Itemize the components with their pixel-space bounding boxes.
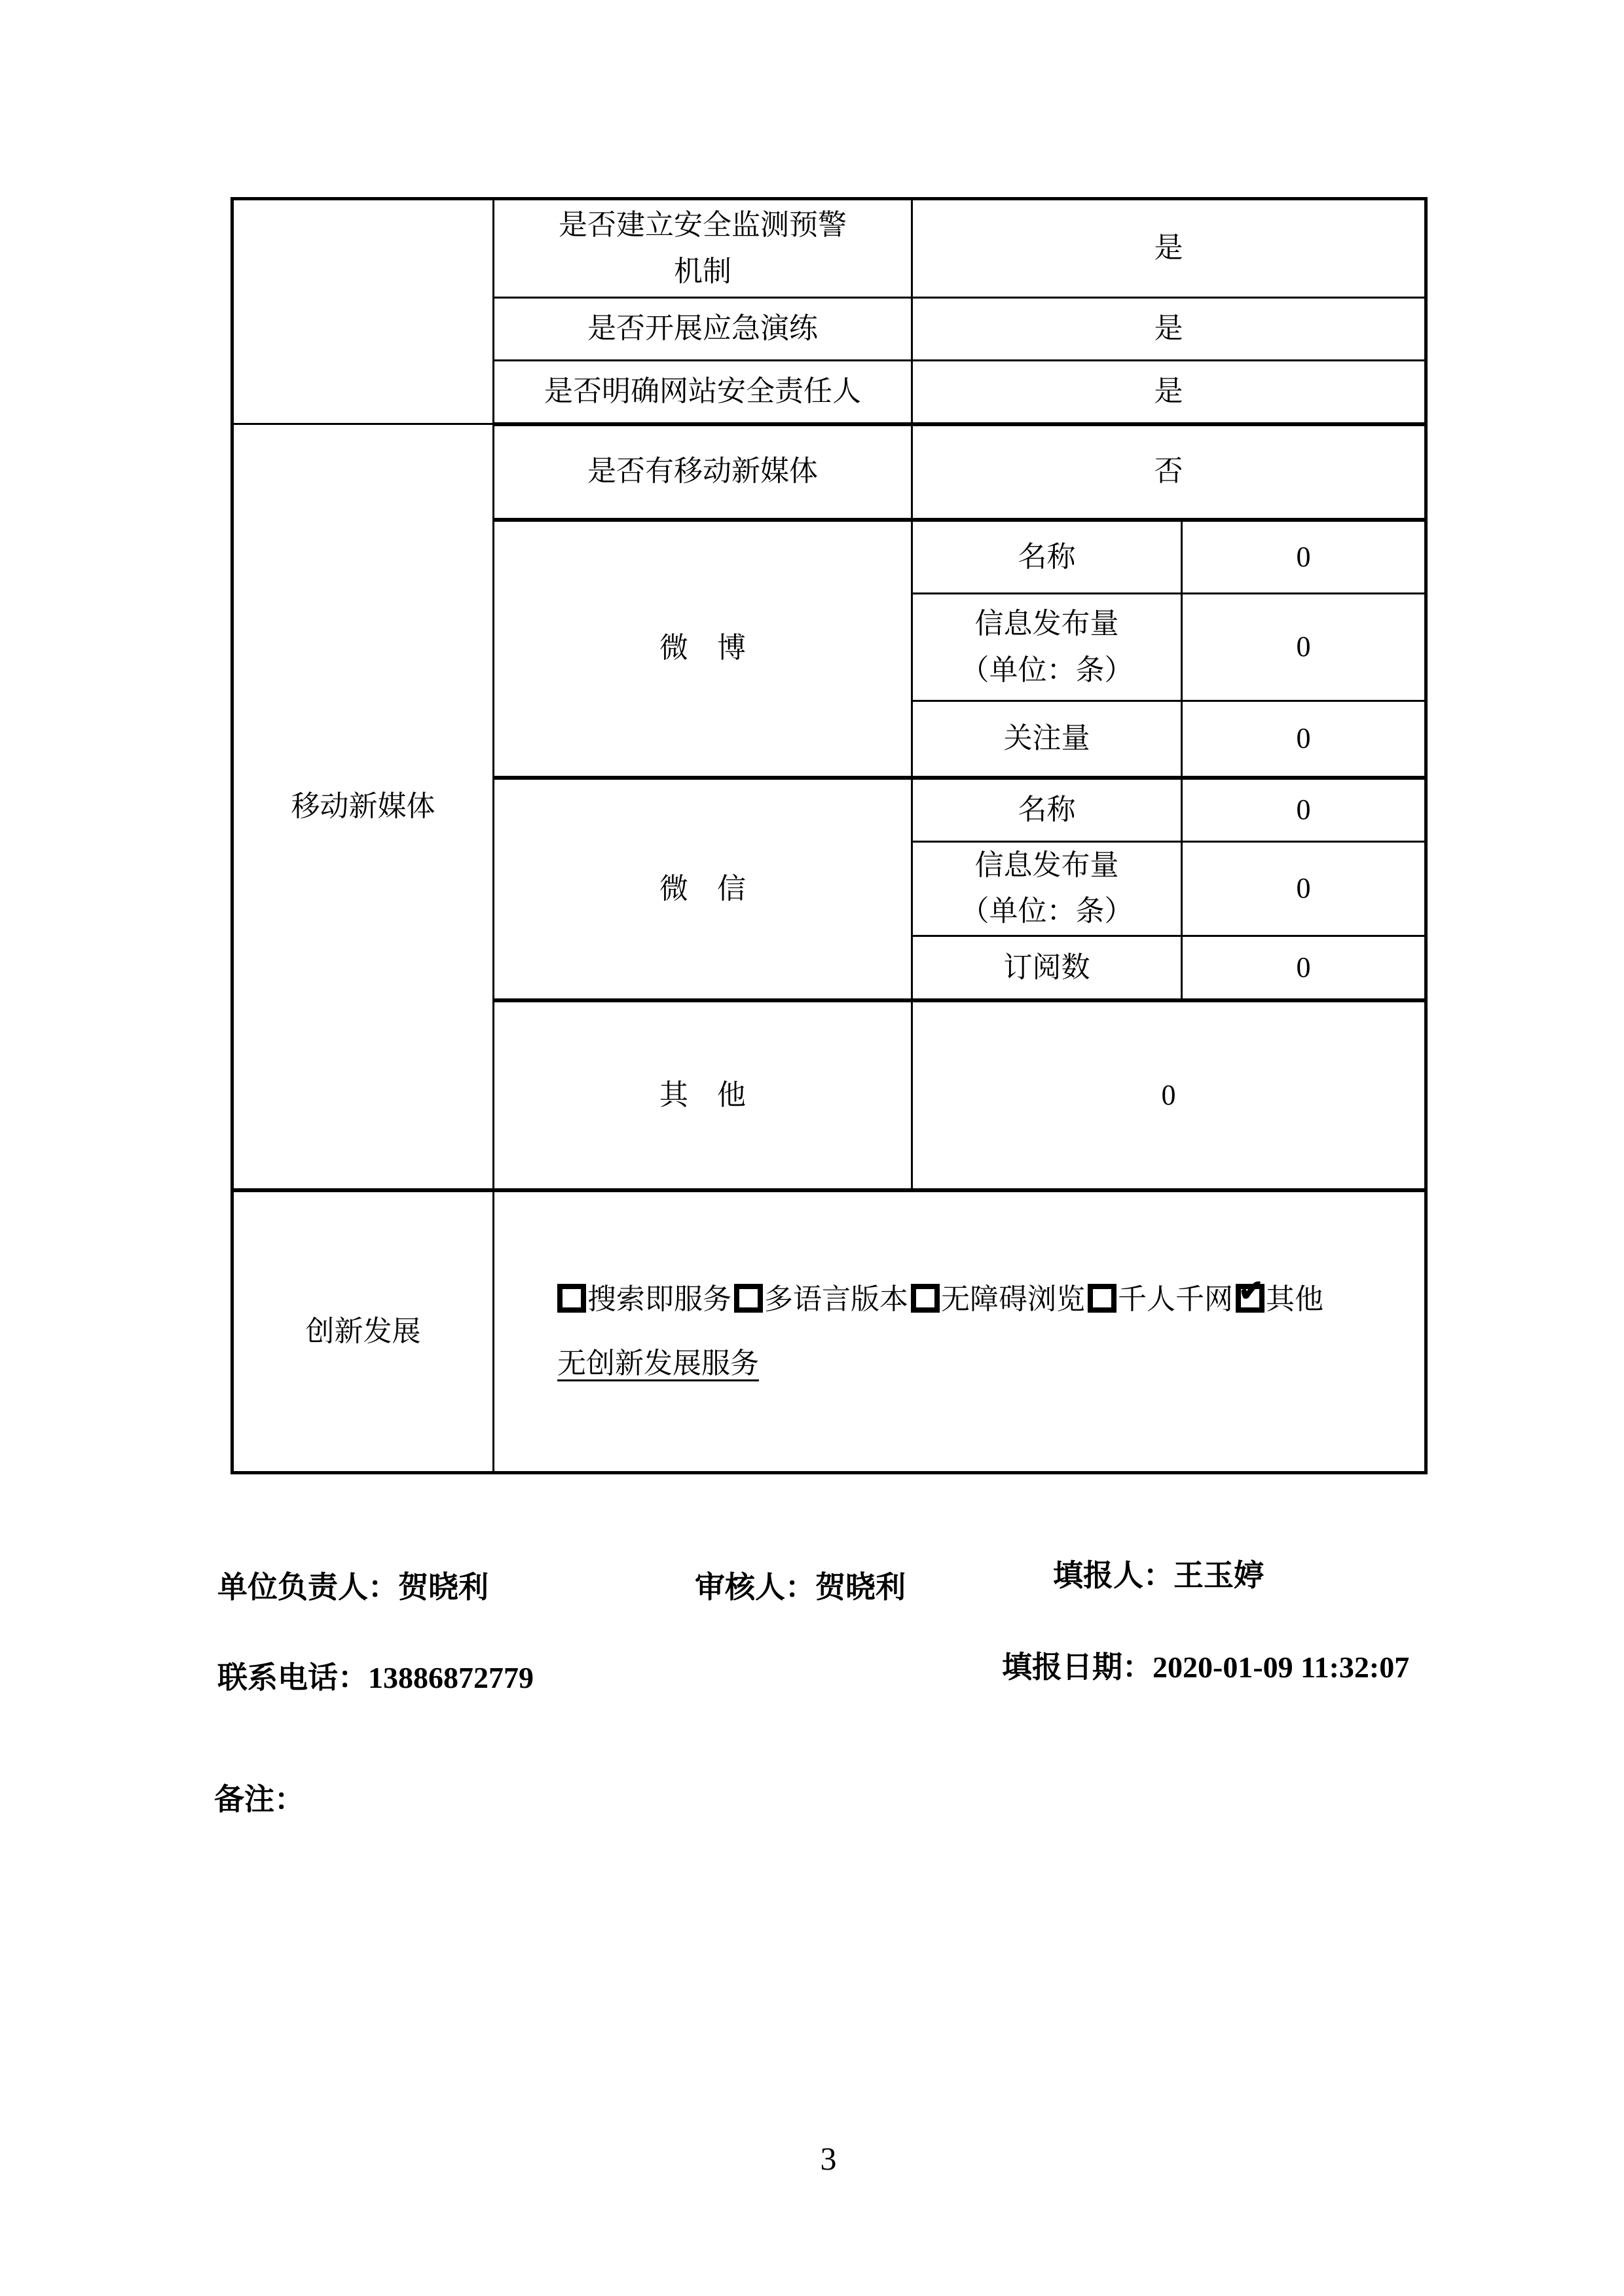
phone-line: 联系电话：13886872779 [217, 1654, 534, 1697]
wechat-cell: 微 信 [494, 778, 912, 1001]
unit-head-line: 单位负责人：贺晓利 [217, 1563, 489, 1607]
weibo-cell: 微 博 [494, 520, 912, 778]
phone-label: 联系电话： [217, 1661, 368, 1694]
remark-line: 备注： [214, 1776, 304, 1819]
option-label-personalized: 千人千网 [1118, 1283, 1233, 1315]
option-label-search-service: 搜索即服务 [587, 1283, 731, 1315]
check-icon: ✔ [1238, 1276, 1264, 1306]
auditor-name: 贺晓利 [815, 1571, 906, 1604]
mobile-media-section-cell: 移动新媒体 [232, 424, 494, 1191]
table-row: 移动新媒体 是否有移动新媒体 否 [232, 424, 1426, 520]
innovation-content-cell: ✔搜索即服务✔多语言版本✔无障碍浏览✔千人千网✔其他 无创新发展服务 [494, 1190, 1426, 1472]
wechat-name-value: 0 [1182, 778, 1426, 842]
remark-label: 备注： [214, 1783, 304, 1816]
report-date-label: 填报日期： [1002, 1650, 1153, 1684]
checkbox-personalized[interactable]: ✔ [1088, 1284, 1116, 1313]
filler-line: 填报人：王玉婷 [1053, 1552, 1264, 1595]
report-date-value: 2020-01-09 11:32:07 [1153, 1650, 1409, 1684]
checkbox-multilingual[interactable]: ✔ [734, 1284, 763, 1313]
innovation-options-line: ✔搜索即服务✔多语言版本✔无障碍浏览✔千人千网✔其他 [557, 1277, 1398, 1322]
other-media-value: 0 [912, 1000, 1426, 1190]
table-row: 创新发展 ✔搜索即服务✔多语言版本✔无障碍浏览✔千人千网✔其他 无创新发展服务 [232, 1190, 1426, 1472]
page-number: 3 [779, 2140, 877, 2178]
checkbox-accessibility[interactable]: ✔ [911, 1284, 940, 1313]
innovation-section-cell: 创新发展 [232, 1190, 494, 1472]
emergency-drill-value: 是 [912, 298, 1426, 361]
auditor-label: 审核人： [695, 1571, 815, 1604]
unit-head-name: 贺晓利 [398, 1571, 489, 1604]
weibo-name-label: 名称 [912, 520, 1182, 594]
filler-label: 填报人： [1053, 1559, 1173, 1592]
security-owner-label: 是否明确网站安全责任人 [494, 361, 912, 424]
phone-value: 13886872779 [368, 1661, 534, 1694]
checkbox-other[interactable]: ✔ [1236, 1284, 1264, 1313]
other-media-label: 其 他 [494, 1000, 912, 1190]
wechat-posts-value: 0 [1182, 842, 1426, 936]
security-monitor-value: 是 [912, 199, 1426, 298]
innovation-note: 无创新发展服务 [557, 1341, 759, 1387]
emergency-drill-label: 是否开展应急演练 [494, 298, 912, 361]
security-monitor-label: 是否建立安全监测预警 机制 [494, 199, 912, 298]
weibo-posts-label: 信息发布量 （单位：条） [912, 594, 1182, 701]
weibo-posts-value: 0 [1182, 594, 1426, 701]
wechat-name-label: 名称 [912, 778, 1182, 842]
option-label-multilingual: 多语言版本 [764, 1283, 908, 1315]
wechat-subscribers-value: 0 [1182, 936, 1426, 1000]
unit-head-label: 单位负责人： [217, 1571, 398, 1604]
has-mobile-media-value: 否 [912, 424, 1426, 520]
wechat-subscribers-label: 订阅数 [912, 936, 1182, 1000]
security-owner-value: 是 [912, 361, 1426, 424]
report-table: 是否建立安全监测预警 机制 是 是否开展应急演练 是 是否明确网站安全责任人 是… [231, 197, 1428, 1474]
table-row: 是否建立安全监测预警 机制 是 [232, 199, 1426, 298]
option-label-accessibility: 无障碍浏览 [941, 1283, 1085, 1315]
has-mobile-media-label: 是否有移动新媒体 [494, 424, 912, 520]
checkbox-search-service[interactable]: ✔ [557, 1284, 586, 1313]
wechat-posts-label: 信息发布量 （单位：条） [912, 842, 1182, 936]
report-page: { "page": { "number": "3" }, "icons": { … [0, 0, 1624, 2296]
weibo-followers-value: 0 [1182, 701, 1426, 778]
filler-name: 王玉婷 [1173, 1559, 1264, 1592]
weibo-name-value: 0 [1182, 520, 1426, 594]
weibo-followers-label: 关注量 [912, 701, 1182, 778]
option-label-other: 其他 [1266, 1283, 1323, 1315]
auditor-line: 审核人：贺晓利 [695, 1563, 906, 1607]
empty-section-cell [232, 199, 494, 424]
report-date-line: 填报日期：2020-01-09 11:32:07 [1002, 1643, 1409, 1686]
